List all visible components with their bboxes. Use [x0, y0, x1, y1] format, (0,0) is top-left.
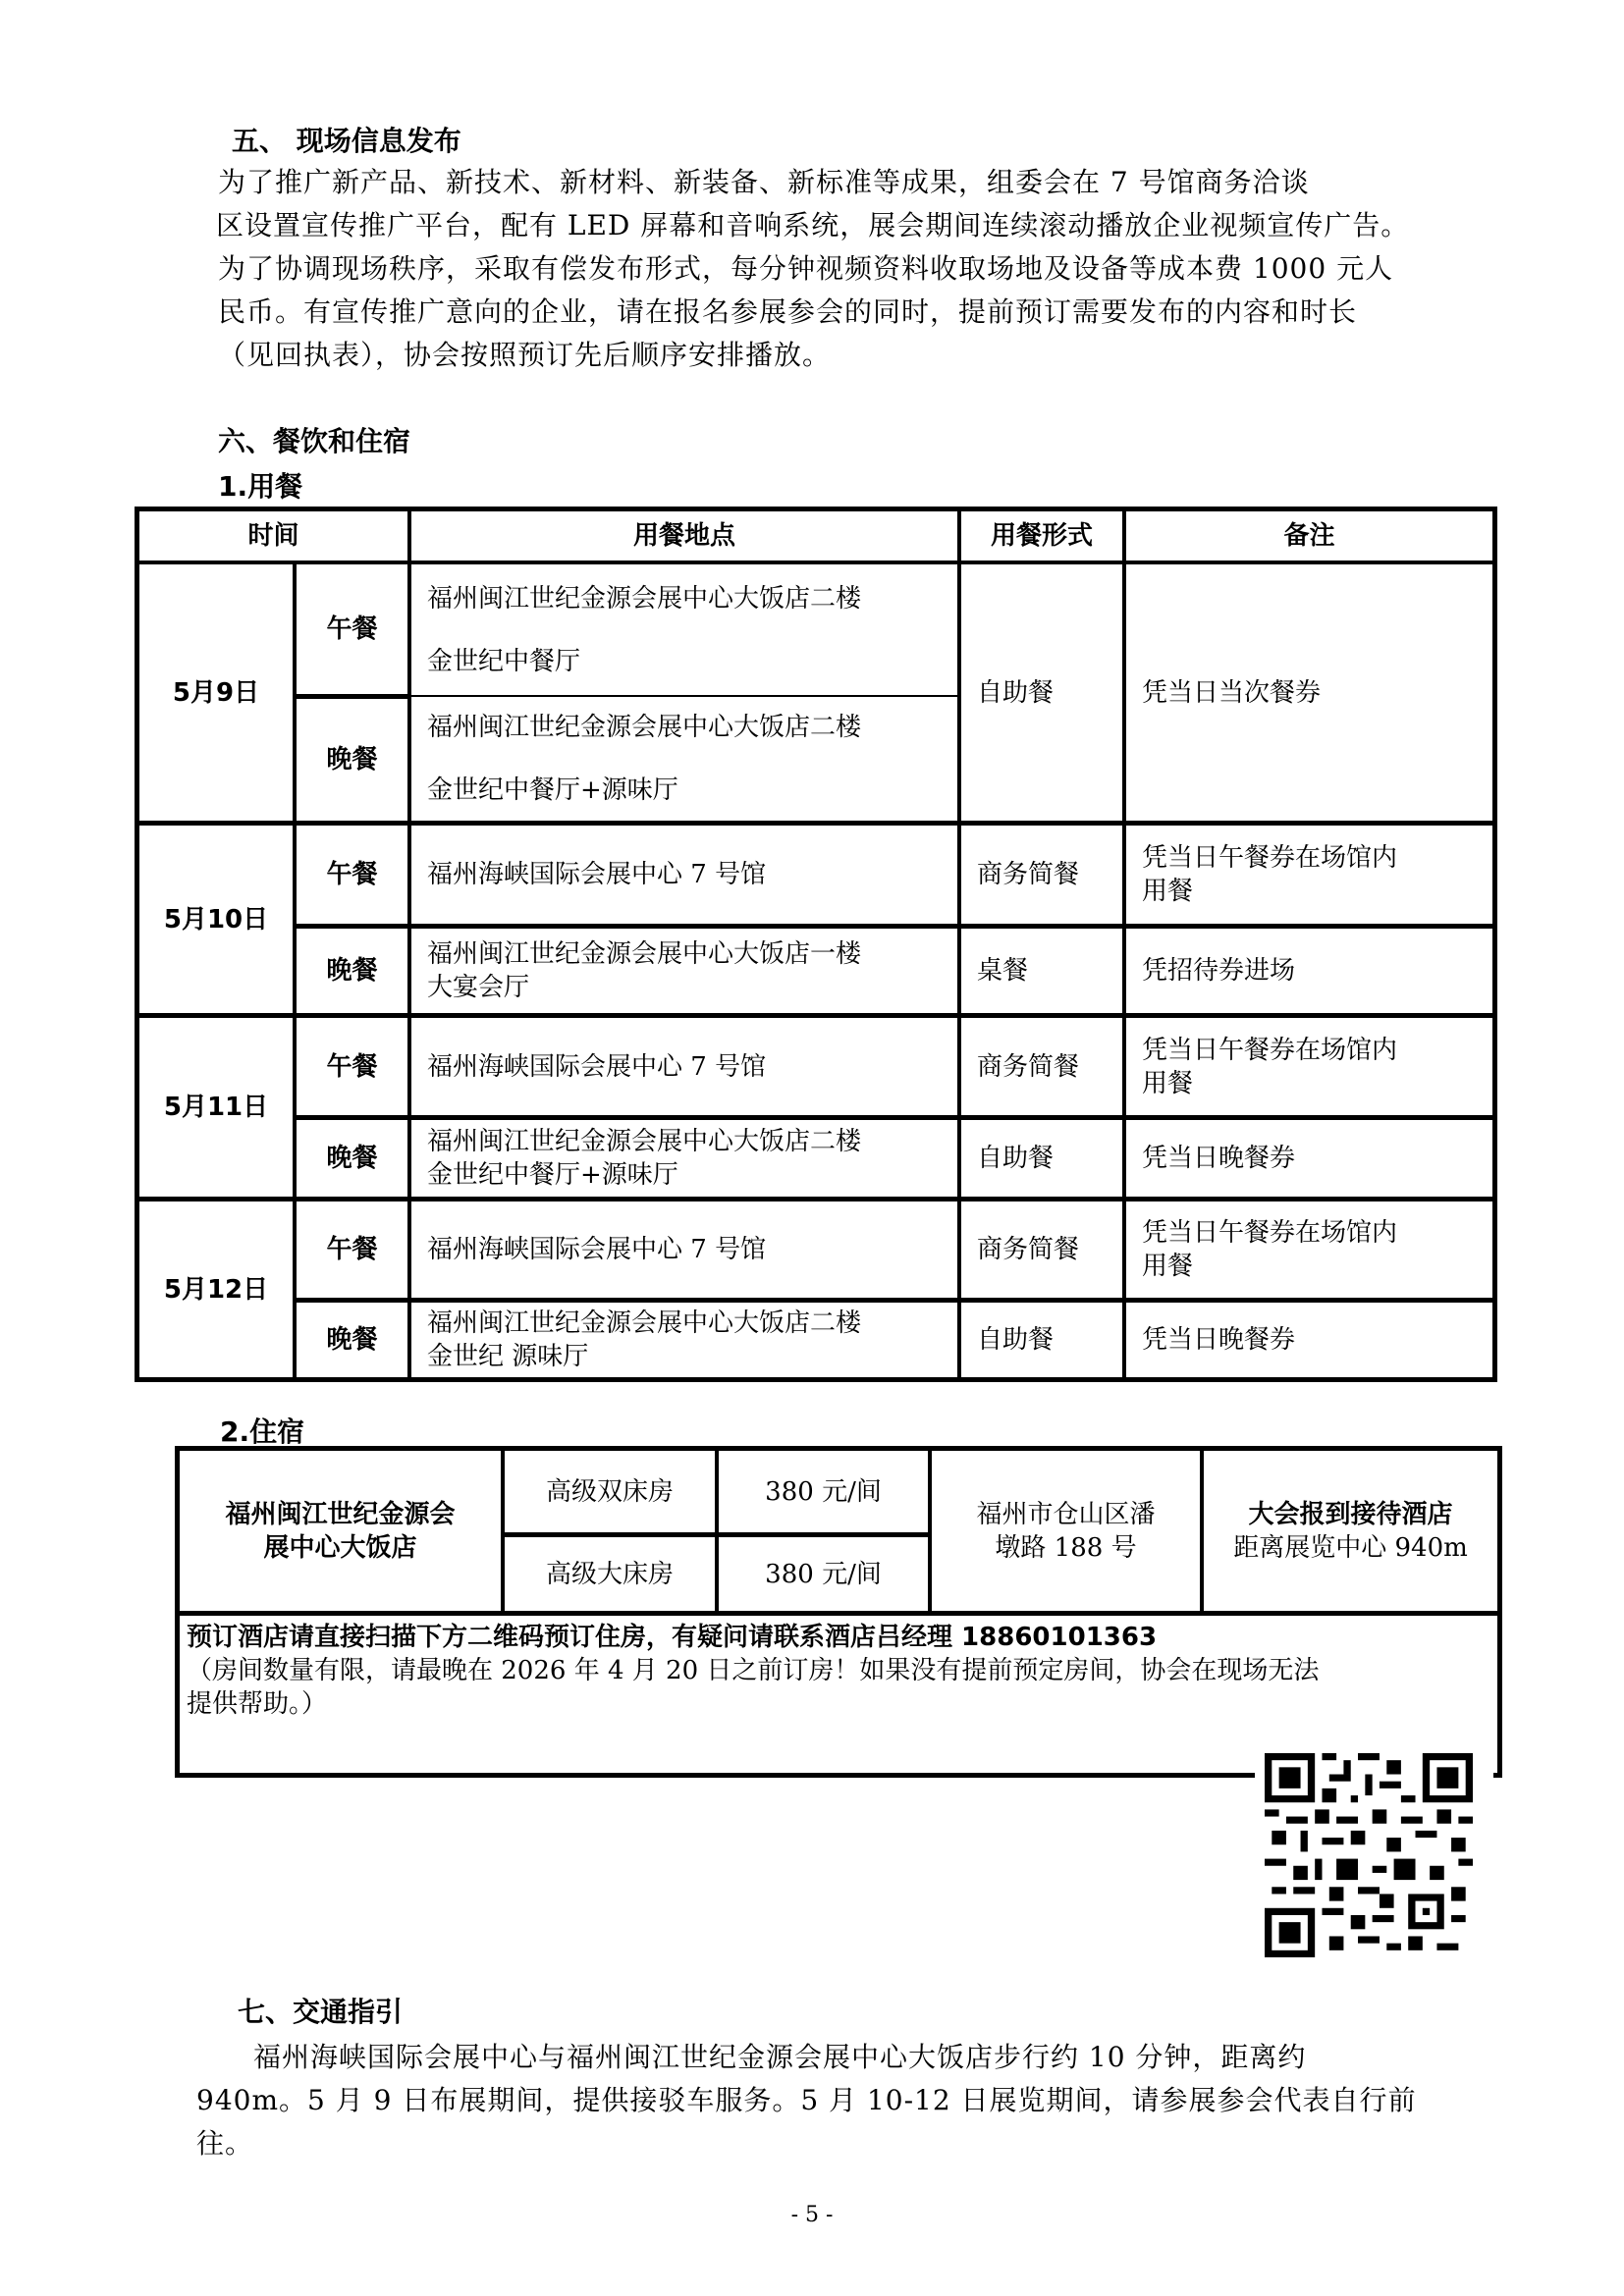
deadline-line: 提供帮助。） [187, 1687, 1492, 1721]
location-line: 福州闽江世纪金源会展中心大饭店二楼 [427, 567, 861, 630]
reception-hotel-tag: 大会报到接待酒店 [1248, 1498, 1452, 1531]
room-type-cell: 高级大床房 [505, 1537, 715, 1611]
hotel-name-cell: 福州闽江世纪金源会 展中心大饭店 [180, 1451, 501, 1611]
location-cell: 福州闽江世纪金源会展中心大饭店二楼 金世纪中餐厅+源味厅 [411, 1120, 957, 1197]
meal-type-cell: 晚餐 [297, 699, 407, 821]
room-price-cell: 380 元/间 [719, 1537, 928, 1611]
note-cell: 凭当日晚餐券 [1126, 1120, 1492, 1197]
note-line: 凭当日午餐券在场馆内 [1142, 1216, 1397, 1250]
section-7-paragraph: 福州海峡国际会展中心与福州闽江世纪金源会展中心大饭店步行约 10 分钟，距离约 … [196, 2036, 1512, 2165]
note-cell: 凭当日午餐券在场馆内 用餐 [1126, 1018, 1492, 1115]
deadline-line: （房间数量有限，请最晚在 2026 年 4 月 20 日之前订房！如果没有提前预… [187, 1654, 1492, 1687]
paragraph-line: 940m。5 月 9 日布展期间，提供接驳车服务。5 月 10-12 日展览期间… [196, 2079, 1512, 2122]
note-line: 用餐 [1142, 1067, 1193, 1100]
location-cell: 福州闽江世纪金源会展中心大饭店二楼 金世纪 源味厅 [411, 1303, 957, 1377]
meal-type-cell: 午餐 [297, 564, 407, 694]
paragraph-line: 为了协调现场秩序，采取有偿发布形式，每分钟视频资料收取场地及设备等成本费 100… [218, 247, 1504, 291]
location-cell: 福州海峡国际会展中心 7 号馆 [411, 1018, 957, 1115]
location-cell: 福州海峡国际会展中心 7 号馆 [411, 1201, 957, 1298]
location-line: 金世纪中餐厅+源味厅 [427, 1158, 678, 1192]
format-cell: 自助餐 [961, 1303, 1122, 1377]
location-line: 福州闽江世纪金源会展中心大饭店二楼 [427, 1307, 861, 1340]
hotel-name-line: 展中心大饭店 [263, 1531, 416, 1565]
meal-type-cell: 午餐 [297, 1201, 407, 1298]
meal-type-cell: 晚餐 [297, 1303, 407, 1377]
qr-code-graphic [1265, 1753, 1473, 1957]
section-5-paragraph: 为了推广新产品、新技术、新材料、新装备、新标准等成果，组委会在 7 号馆商务洽谈… [218, 161, 1504, 377]
address-line: 福州市仓山区潘 [976, 1498, 1155, 1531]
section-5-heading: 五、 现场信息发布 [232, 120, 461, 159]
header-time: 时间 [139, 511, 407, 561]
date-cell: 5月10日 [139, 826, 293, 1013]
note-line: 用餐 [1142, 875, 1193, 908]
dining-subheading: 1.用餐 [218, 465, 302, 505]
header-location: 用餐地点 [411, 511, 957, 561]
paragraph-line: 为了推广新产品、新技术、新材料、新装备、新标准等成果，组委会在 7 号馆商务洽谈 [218, 161, 1504, 204]
date-cell: 5月9日 [139, 564, 293, 821]
paragraph-line: 往。 [196, 2122, 1512, 2165]
paragraph-line: 区设置宣传推广平台，配有 LED 屏幕和音响系统，展会期间连续滚动播放企业视频宣… [216, 204, 1504, 247]
paragraph-line: （见回执表），协会按照预订先后顺序安排播放。 [218, 334, 1504, 377]
meal-type-cell: 晚餐 [297, 929, 407, 1013]
location-line: 福州闽江世纪金源会展中心大饭店二楼 [427, 696, 861, 759]
hotel-tag-cell: 大会报到接待酒店 距离展览中心 940m [1204, 1451, 1497, 1611]
format-cell: 自助餐 [961, 564, 1122, 821]
note-cell: 凭当日当次餐券 [1126, 564, 1492, 821]
room-type-cell: 高级双床房 [505, 1451, 715, 1532]
hotel-name-line: 福州闽江世纪金源会 [225, 1498, 455, 1531]
note-line: 凭当日午餐券在场馆内 [1142, 1034, 1397, 1067]
booking-notes: 预订酒店请直接扫描下方二维码预订住房，有疑问请联系酒店吕经理 188601013… [187, 1621, 1492, 1721]
note-cell: 凭当日晚餐券 [1126, 1303, 1492, 1377]
location-cell: 福州闽江世纪金源会展中心大饭店二楼 金世纪中餐厅+源味厅 [411, 697, 957, 821]
page-number: - 5 - [0, 2203, 1624, 2227]
date-cell: 5月11日 [139, 1018, 293, 1197]
location-line: 福州闽江世纪金源会展中心大饭店一楼 [427, 937, 861, 971]
meal-type-cell: 午餐 [297, 826, 407, 924]
location-line: 福州闽江世纪金源会展中心大饭店二楼 [427, 1125, 861, 1158]
format-cell: 商务简餐 [961, 1201, 1122, 1298]
location-line: 大宴会厅 [427, 971, 529, 1004]
location-cell: 福州海峡国际会展中心 7 号馆 [411, 826, 957, 924]
lodging-table: 福州闽江世纪金源会 展中心大饭店 高级双床房 380 元/间 高级大床房 380… [175, 1446, 1502, 1778]
address-line: 墩路 188 号 [995, 1531, 1136, 1565]
paragraph-line: 福州海峡国际会展中心与福州闽江世纪金源会展中心大饭店步行约 10 分钟，距离约 [196, 2036, 1512, 2079]
note-cell: 凭当日午餐券在场馆内 用餐 [1126, 1201, 1492, 1298]
location-cell: 福州闽江世纪金源会展中心大饭店二楼 金世纪中餐厅 [411, 564, 957, 695]
lodging-subheading: 2.住宿 [220, 1411, 304, 1450]
note-cell: 凭招待券进场 [1126, 929, 1492, 1013]
format-cell: 桌餐 [961, 929, 1122, 1013]
note-line: 凭当日午餐券在场馆内 [1142, 841, 1397, 875]
location-cell: 福州闽江世纪金源会展中心大饭店一楼 大宴会厅 [411, 929, 957, 1013]
meal-type-cell: 午餐 [297, 1018, 407, 1115]
header-format: 用餐形式 [961, 511, 1122, 561]
format-cell: 商务简餐 [961, 826, 1122, 924]
location-line: 金世纪 源味厅 [427, 1340, 588, 1373]
address-cell: 福州市仓山区潘 墩路 188 号 [932, 1451, 1200, 1611]
location-line: 金世纪中餐厅+源味厅 [427, 759, 678, 822]
dining-table: 时间 用餐地点 用餐形式 备注 5月9日 午餐 晚餐 福州闽江世纪金源会展中心大… [135, 507, 1497, 1382]
date-cell: 5月12日 [139, 1201, 293, 1377]
room-price-cell: 380 元/间 [719, 1451, 928, 1532]
section-6-heading: 六、餐饮和住宿 [218, 420, 410, 459]
qr-code-icon[interactable] [1265, 1753, 1473, 1957]
distance-text: 距离展览中心 940m [1233, 1531, 1468, 1565]
location-line: 金世纪中餐厅 [427, 630, 580, 693]
meal-type-cell: 晚餐 [297, 1120, 407, 1197]
booking-notice: 预订酒店请直接扫描下方二维码预订住房，有疑问请联系酒店吕经理 188601013… [187, 1621, 1492, 1654]
note-cell: 凭当日午餐券在场馆内 用餐 [1126, 826, 1492, 924]
header-note: 备注 [1126, 511, 1492, 561]
note-line: 用餐 [1142, 1250, 1193, 1283]
paragraph-line: 民币。有宣传推广意向的企业，请在报名参展参会的同时，提前预订需要发布的内容和时长 [218, 291, 1504, 334]
section-7-heading: 七、交通指引 [238, 1991, 403, 2030]
format-cell: 自助餐 [961, 1120, 1122, 1197]
format-cell: 商务简餐 [961, 1018, 1122, 1115]
